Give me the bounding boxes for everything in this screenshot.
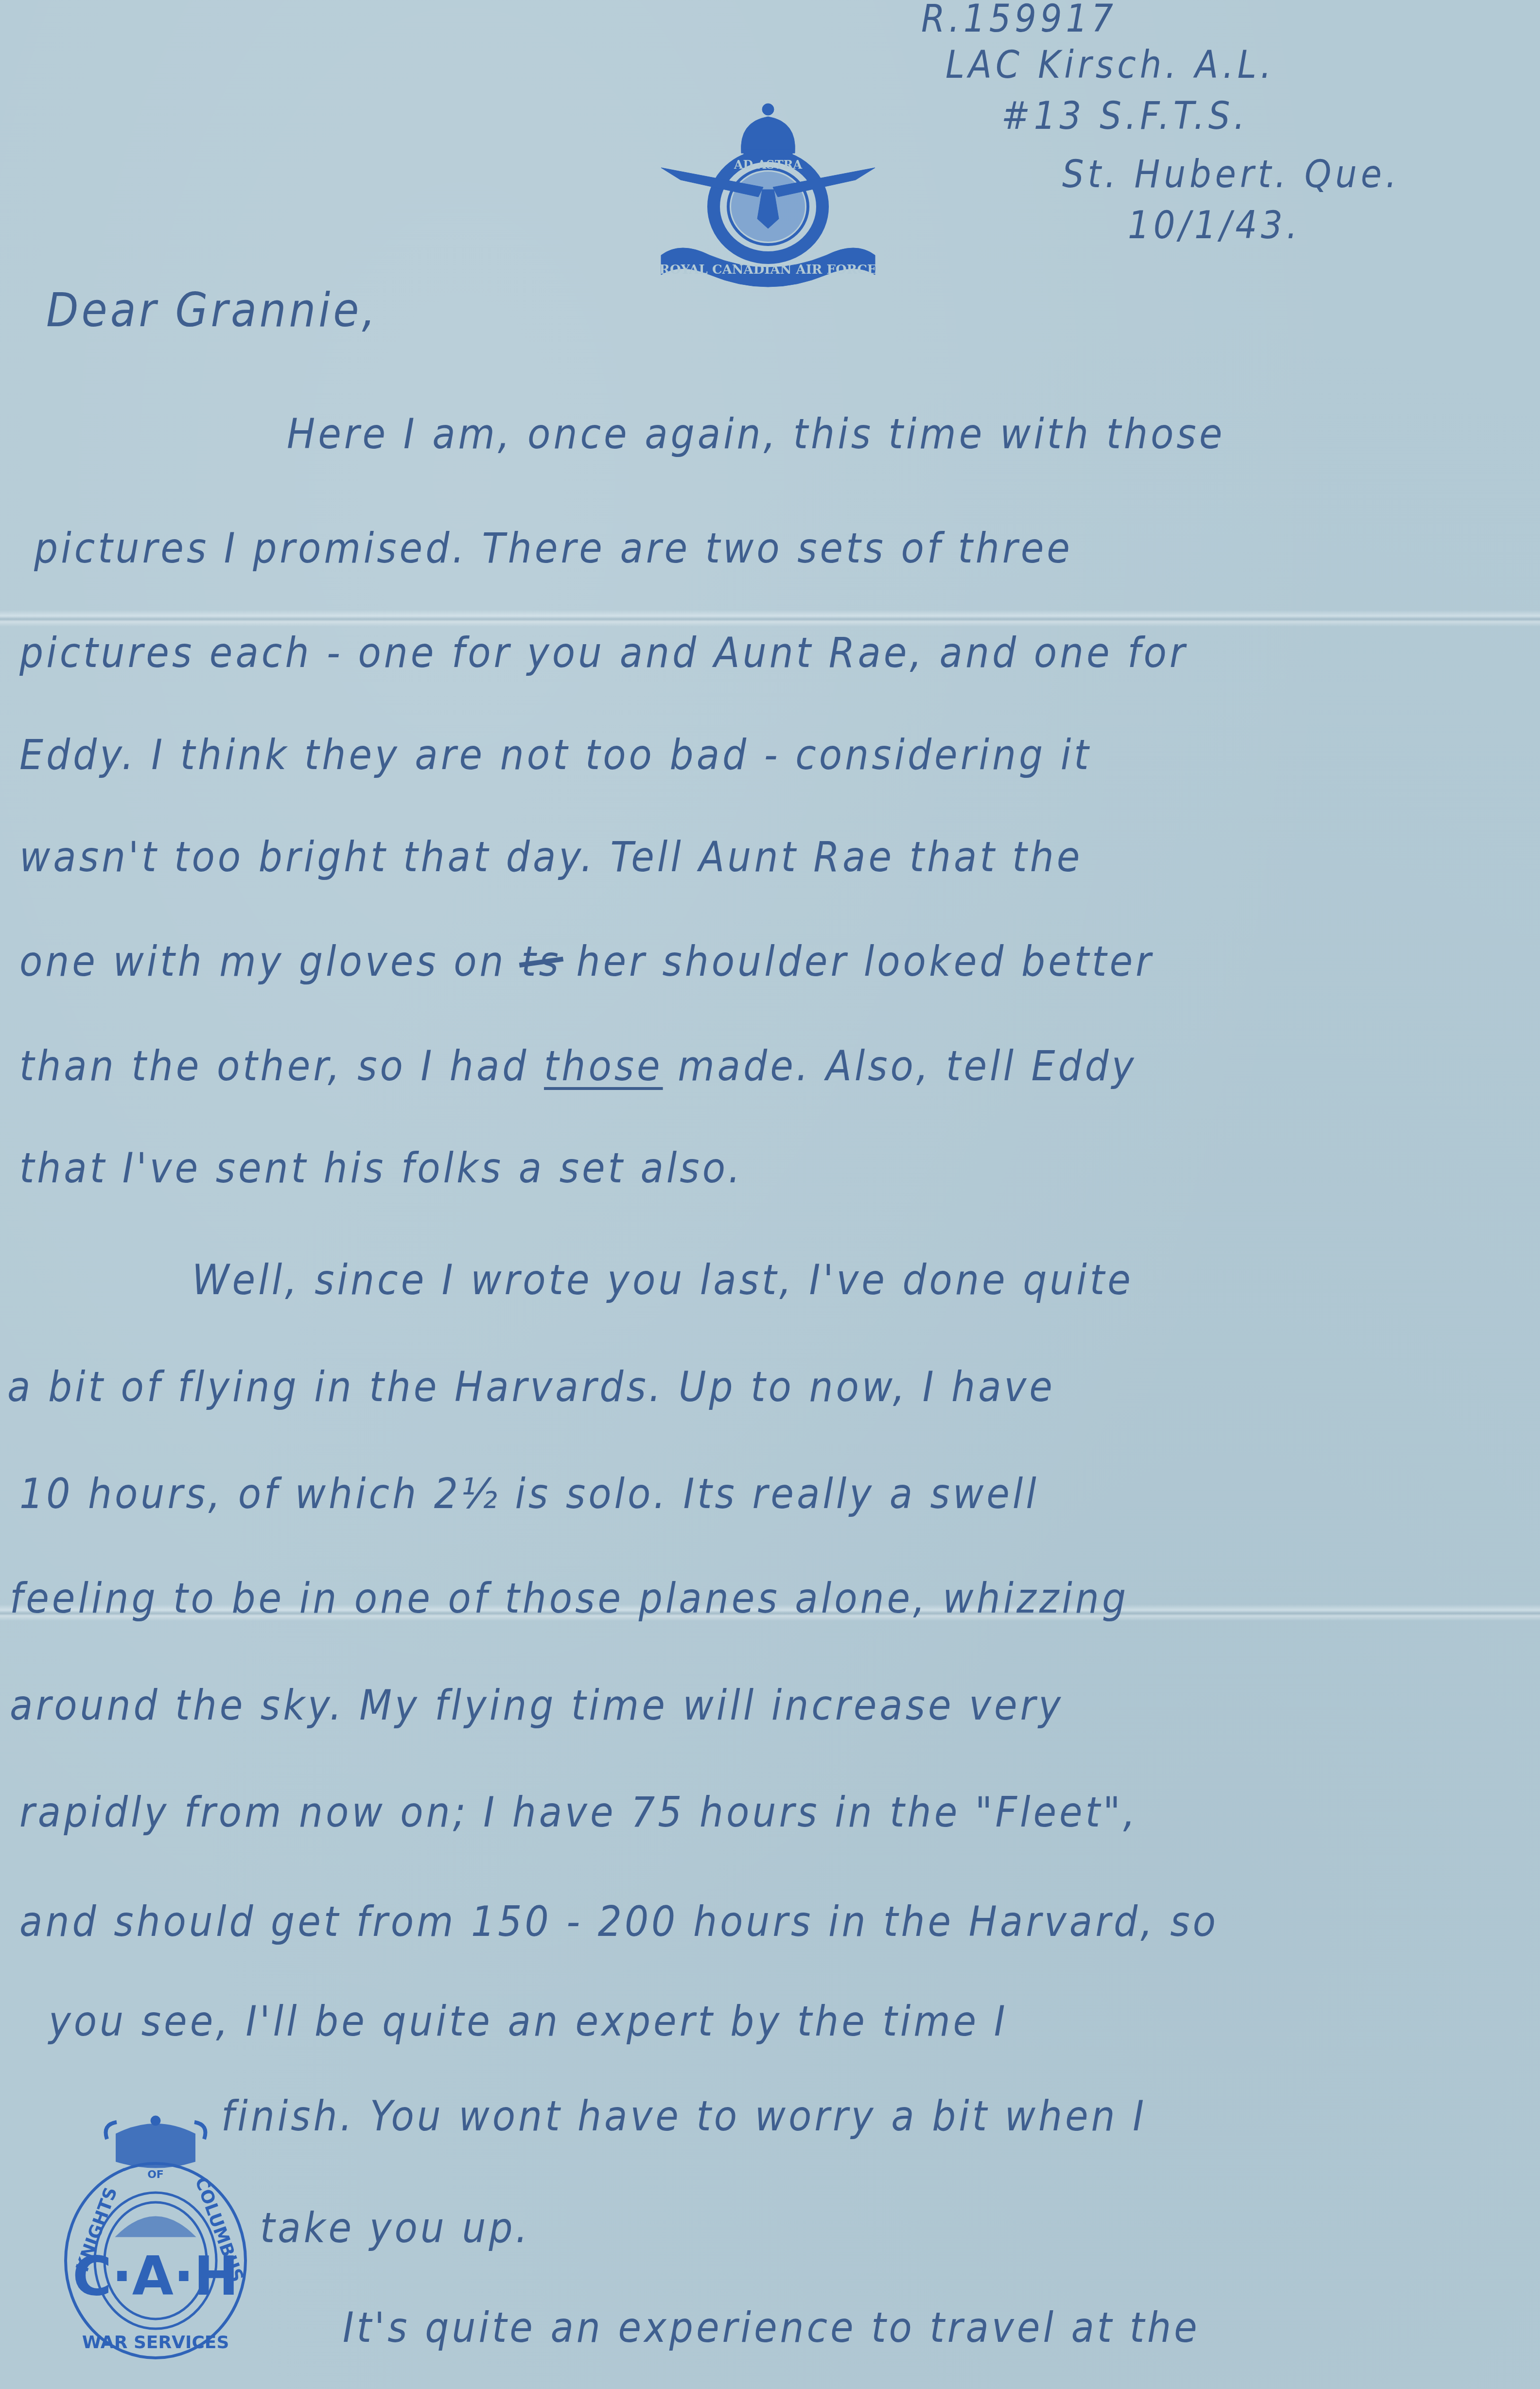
letter-line-7-end: made. Also, tell Eddy xyxy=(678,1042,1137,1090)
svg-text:AD ASTRA: AD ASTRA xyxy=(734,158,803,172)
letter-line-9: Well, since I wrote you last, I've done … xyxy=(192,1259,1134,1301)
letter-line-2: pictures I promised. There are two sets … xyxy=(34,527,1073,569)
letter-line-15: and should get from 150 - 200 hours in t… xyxy=(19,1901,1219,1943)
letter-line-3: pictures each - one for you and Aunt Rae… xyxy=(19,632,1188,674)
salutation: Dear Grannie, xyxy=(46,287,378,334)
underlined-word: those xyxy=(544,1042,663,1090)
letter-line-19: It's quite an experience to travel at th… xyxy=(343,2307,1200,2349)
sender-name: LAC Kirsch. A.L. xyxy=(945,46,1275,84)
letter-line-14: rapidly from now on; I have 75 hours in … xyxy=(19,1792,1138,1833)
letter-line-7: than the other, so I had those made. Als… xyxy=(19,1045,1137,1087)
letter-line-6-end: her shoulder looked better xyxy=(576,937,1154,986)
struck-out-word: ts xyxy=(521,941,561,983)
sender-location: St. Hubert. Que. xyxy=(1062,156,1400,193)
fold-crease-top xyxy=(0,610,1540,627)
letter-line-6: one with my gloves on ts her shoulder lo… xyxy=(19,941,1154,983)
letter-date: 10/1/43. xyxy=(1128,207,1301,245)
letter-line-8: that I've sent his folks a set also. xyxy=(19,1147,743,1189)
svg-text:WAR SERVICES: WAR SERVICES xyxy=(82,2333,229,2353)
kofc-crest-icon: C·A·H OF KNIGHTS COLUMBUS WAR SERVICES xyxy=(58,2115,253,2368)
svg-text:ROYAL CANADIAN AIR FORCE: ROYAL CANADIAN AIR FORCE xyxy=(659,263,876,277)
letter-line-17: finish. You wont have to worry a bit whe… xyxy=(221,2095,1147,2137)
letter-line-7-start: than the other, so I had xyxy=(19,1042,529,1090)
letter-line-13: around the sky. My flying time will incr… xyxy=(10,1685,1064,1726)
letter-line-11: 10 hours, of which 2½ is solo. Its reall… xyxy=(19,1473,1039,1515)
letter-line-12: feeling to be in one of those planes alo… xyxy=(10,1578,1129,1619)
letter-line-18: take you up. xyxy=(260,2207,530,2249)
letter-line-10: a bit of flying in the Harvards. Up to n… xyxy=(7,1366,1055,1408)
svg-text:OF: OF xyxy=(147,2169,164,2181)
letter-line-6-start: one with my gloves on xyxy=(19,937,507,986)
letter-line-4: Eddy. I think they are not too bad - con… xyxy=(19,734,1092,776)
service-number: R.159917 xyxy=(921,0,1117,38)
letter-line-1: Here I am, once again, this time with th… xyxy=(287,413,1225,455)
sender-unit: #13 S.F.T.S. xyxy=(1001,97,1249,135)
letter-line-16: you see, I'll be quite an expert by the … xyxy=(49,2001,1008,2042)
rcaf-crest-icon: AD ASTRA ROYAL CANADIAN AIR FORCE xyxy=(651,95,885,289)
letter-line-5: wasn't too bright that day. Tell Aunt Ra… xyxy=(19,836,1083,878)
